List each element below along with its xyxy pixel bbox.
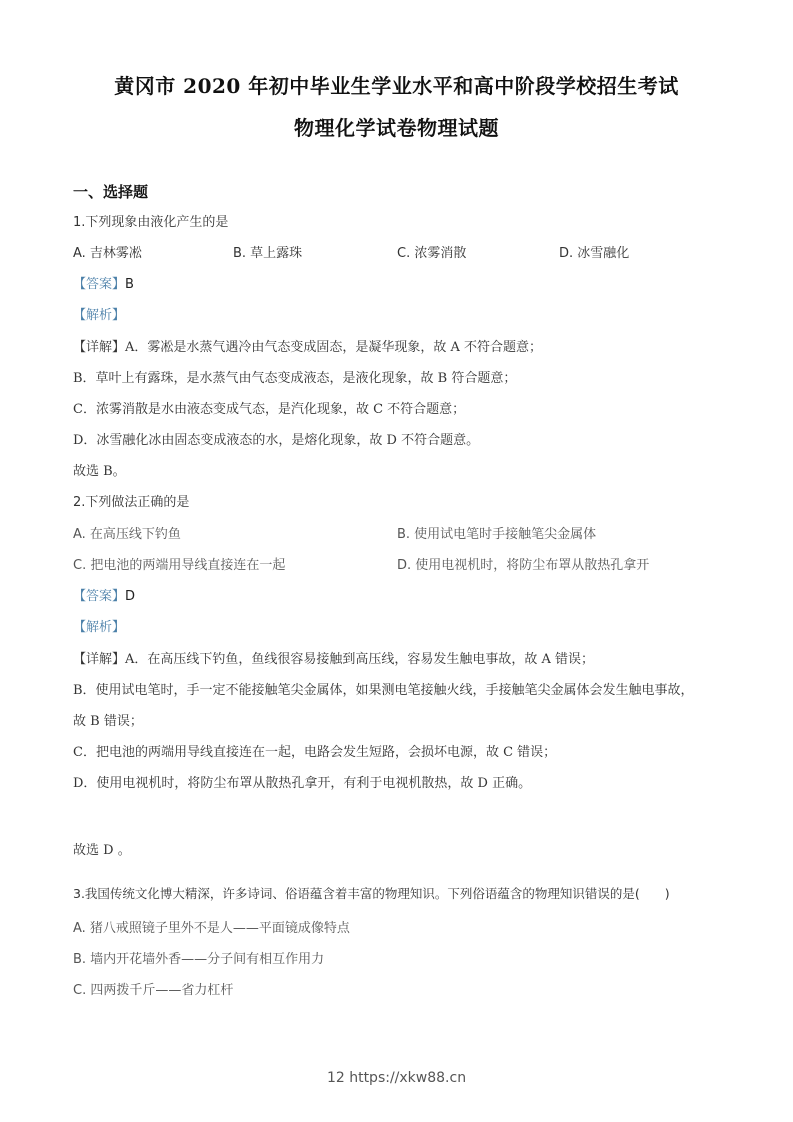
question-2-detail-d: D．使用电视机时，将防尘布罩从散热孔拿开，有利于电视机散热，故 D 正确。 bbox=[73, 775, 531, 793]
question-1-detail-a: 【详解】A．雾凇是水蒸气遇冷由气态变成固态，是凝华现象，故 A 不符合题意； bbox=[73, 339, 542, 357]
document-page: 黄冈市 2020 年初中毕业生学业水平和高中阶段学校招生考试 物理化学试卷物理试… bbox=[0, 0, 793, 1122]
question-1-conclusion: 故选 B。 bbox=[73, 463, 126, 481]
answer-value: B bbox=[125, 277, 134, 292]
document-subtitle: 物理化学试卷物理试题 bbox=[0, 112, 793, 141]
question-3-option-b: B. 墙内开花墙外香——分子间有相互作用力 bbox=[73, 951, 324, 969]
question-1-analysis-tag: 【解析】 bbox=[73, 307, 125, 325]
question-2-option-b: B. 使用试电笔时手接触笔尖金属体 bbox=[397, 526, 596, 544]
page-footer: 12 https://xkw88.cn bbox=[0, 1070, 793, 1086]
question-2-detail-a: 【详解】A．在高压线下钓鱼，鱼线很容易接触到高压线，容易发生触电事故，故 A 错… bbox=[73, 651, 594, 669]
question-2-option-a: A. 在高压线下钓鱼 bbox=[73, 526, 181, 544]
document-title: 黄冈市 2020 年初中毕业生学业水平和高中阶段学校招生考试 bbox=[0, 70, 793, 99]
question-1-stem: 1.下列现象由液化产生的是 bbox=[73, 214, 228, 232]
question-2-answer: 【答案】D bbox=[73, 588, 135, 606]
question-1-detail-c: C．浓雾消散是水由液态变成气态，是汽化现象，故 C 不符合题意； bbox=[73, 401, 465, 419]
answer-tag: 【答案】 bbox=[73, 589, 125, 604]
question-2-stem: 2.下列做法正确的是 bbox=[73, 494, 189, 512]
question-1-option-c: C. 浓雾消散 bbox=[397, 245, 466, 263]
question-2-detail-c: C．把电池的两端用导线直接连在一起，电路会发生短路，会损坏电源，故 C 错误； bbox=[73, 744, 556, 762]
question-3-option-c: C. 四两拨千斤——省力杠杆 bbox=[73, 982, 233, 1000]
section-heading: 一、选择题 bbox=[73, 183, 148, 201]
question-2-analysis-tag: 【解析】 bbox=[73, 619, 125, 637]
question-1-answer: 【答案】B bbox=[73, 276, 134, 294]
question-2-detail-b-cont: 故 B 错误； bbox=[73, 713, 143, 731]
question-2-option-d: D. 使用电视机时，将防尘布罩从散热孔拿开 bbox=[397, 557, 649, 575]
question-1-option-a: A. 吉林雾凇 bbox=[73, 245, 142, 263]
question-1-option-b: B. 草上露珠 bbox=[233, 245, 302, 263]
question-2-conclusion: 故选 D 。 bbox=[73, 842, 131, 860]
question-1-detail-d: D．冰雪融化冰由固态变成液态的水，是熔化现象，故 D 不符合题意。 bbox=[73, 432, 479, 450]
answer-value: D bbox=[125, 589, 135, 604]
question-1-detail-b: B．草叶上有露珠，是水蒸气由气态变成液态，是液化现象，故 B 符合题意； bbox=[73, 370, 516, 388]
question-2-detail-b: B．使用试电笔时，手一定不能接触笔尖金属体，如果测电笔接触火线，手接触笔尖金属体… bbox=[73, 682, 694, 700]
question-1-option-d: D. 冰雪融化 bbox=[559, 245, 629, 263]
question-2-option-c: C. 把电池的两端用导线直接连在一起 bbox=[73, 557, 285, 575]
answer-tag: 【答案】 bbox=[73, 277, 125, 292]
question-3-stem: 3.我国传统文化博大精深，许多诗词、俗语蕴含着丰富的物理知识。下列俗语蕴含的物理… bbox=[73, 885, 670, 903]
question-3-option-a: A. 猪八戒照镜子里外不是人——平面镜成像特点 bbox=[73, 920, 350, 938]
